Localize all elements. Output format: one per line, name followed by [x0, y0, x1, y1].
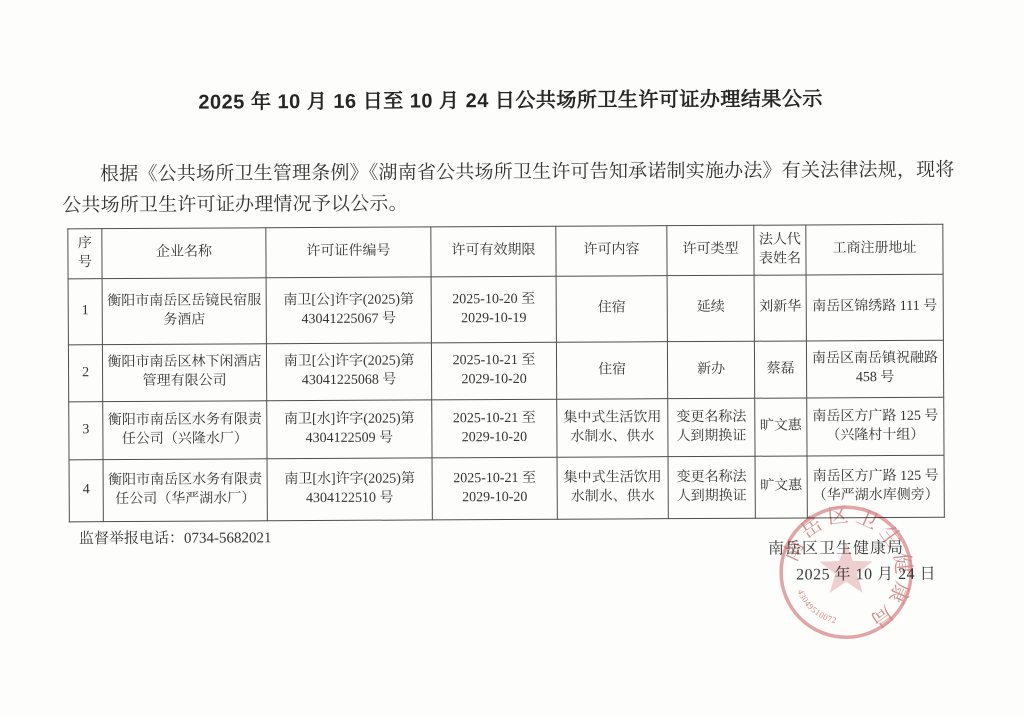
- document-title: 2025 年 10 月 16 日至 10 月 24 日公共场所卫生许可证办理结果…: [62, 82, 960, 116]
- table-header-row: 序号企业名称许可证件编号许可有效期限许可内容许可类型法人代表姓名工商注册地址: [68, 224, 943, 279]
- table-row: 4衡阳市南岳区水务有限责任公司（华严湖水厂）南卫[水]许字(2025)第4304…: [69, 455, 944, 522]
- table-cell: 刘新华: [754, 275, 806, 341]
- table-header-cell: 许可证件编号: [266, 227, 431, 278]
- table-cell: 变更名称法人到期换证: [668, 398, 755, 456]
- table-row: 2衡阳市南岳区林下闲酒店管理有限公司南卫[公]许字(2025)第43041225…: [68, 340, 943, 402]
- intro-paragraph: 根据《公共场所卫生管理条例》《湖南省公共场所卫生许可告知承诺制实施办法》有关法律…: [62, 155, 961, 222]
- table-cell: 2025-10-20 至 2029-10-19: [431, 276, 556, 343]
- table-header-cell: 企业名称: [102, 228, 266, 279]
- table-cell: 衡阳市南岳区林下闲酒店管理有限公司: [102, 344, 266, 402]
- table-cell: 衡阳市南岳区水务有限责任公司（兴隆水厂）: [103, 401, 267, 460]
- table-cell: 变更名称法人到期换证: [668, 456, 755, 518]
- signing-agency: 南岳区卫生健康局: [768, 535, 904, 559]
- signing-date: 2025 年 10 月 24 日: [796, 561, 936, 585]
- table-cell: 3: [69, 402, 103, 460]
- table-cell: 住宿: [556, 276, 667, 343]
- permit-result-table: 序号企业名称许可证件编号许可有效期限许可内容许可类型法人代表姓名工商注册地址 1…: [67, 224, 945, 523]
- table-cell: 南卫[水]许字(2025)第4304122510 号: [267, 458, 432, 521]
- table-cell: 2025-10-21 至 2029-10-20: [431, 342, 556, 400]
- table-cell: 衡阳市南岳区水务有限责任公司（华严湖水厂）: [103, 459, 267, 522]
- table-cell: 南卫[公]许字(2025)第43041225067 号: [266, 277, 431, 344]
- table-cell: 蔡磊: [754, 341, 806, 398]
- table-cell: 2025-10-21 至 2029-10-20: [432, 457, 557, 520]
- table-cell: 南岳区方广路 125 号（华严湖水库侧旁）: [807, 455, 944, 518]
- table-header-cell: 许可内容: [556, 226, 667, 277]
- scanned-document-page: 2025 年 10 月 16 日至 10 月 24 日公共场所卫生许可证办理结果…: [0, 0, 1024, 717]
- table-header-cell: 工商注册地址: [806, 224, 943, 275]
- table-row: 3衡阳市南岳区水务有限责任公司（兴隆水厂）南卫[水]许字(2025)第43041…: [69, 397, 944, 460]
- table-cell: 南卫[公]许字(2025)第43041225068 号: [266, 343, 431, 401]
- table-cell: 南岳区方广路 125 号（兴隆村十组）: [807, 397, 944, 456]
- table-cell: 旷文惠: [755, 456, 807, 518]
- table-cell: 南岳区南岳镇祝融路 458 号: [806, 340, 943, 398]
- table-row: 1衡阳市南岳区岳镜民宿服务酒店南卫[公]许字(2025)第43041225067…: [68, 274, 943, 345]
- table-cell: 2: [68, 345, 102, 402]
- table-cell: 集中式生活饮用水制水、供水: [557, 457, 668, 520]
- table-cell: 1: [68, 279, 102, 345]
- table-header-cell: 许可有效期限: [431, 226, 556, 277]
- table-header-cell: 许可类型: [667, 225, 754, 275]
- table-cell: 住宿: [556, 342, 667, 400]
- table-cell: 新办: [667, 341, 754, 398]
- table-header-cell: 法人代表姓名: [754, 225, 806, 275]
- document-sheet: 2025 年 10 月 16 日至 10 月 24 日公共场所卫生许可证办理结果…: [0, 0, 1024, 717]
- table-header: 序号企业名称许可证件编号许可有效期限许可内容许可类型法人代表姓名工商注册地址: [68, 224, 943, 279]
- table-body: 1衡阳市南岳区岳镜民宿服务酒店南卫[公]许字(2025)第43041225067…: [68, 274, 944, 522]
- table-cell: 延续: [667, 275, 754, 341]
- table-cell: 2025-10-21 至 2029-10-20: [432, 399, 557, 458]
- table-cell: 南岳区锦绣路 111 号: [806, 274, 943, 341]
- table-cell: 集中式生活饮用水制水、供水: [557, 399, 668, 458]
- table-cell: 衡阳市南岳区岳镜民宿服务酒店: [102, 278, 266, 345]
- table-cell: 4: [69, 460, 103, 522]
- table-header-cell: 序号: [68, 229, 102, 279]
- table-cell: 南卫[水]许字(2025)第4304122509 号: [267, 400, 432, 459]
- table-cell: 旷文惠: [755, 398, 807, 456]
